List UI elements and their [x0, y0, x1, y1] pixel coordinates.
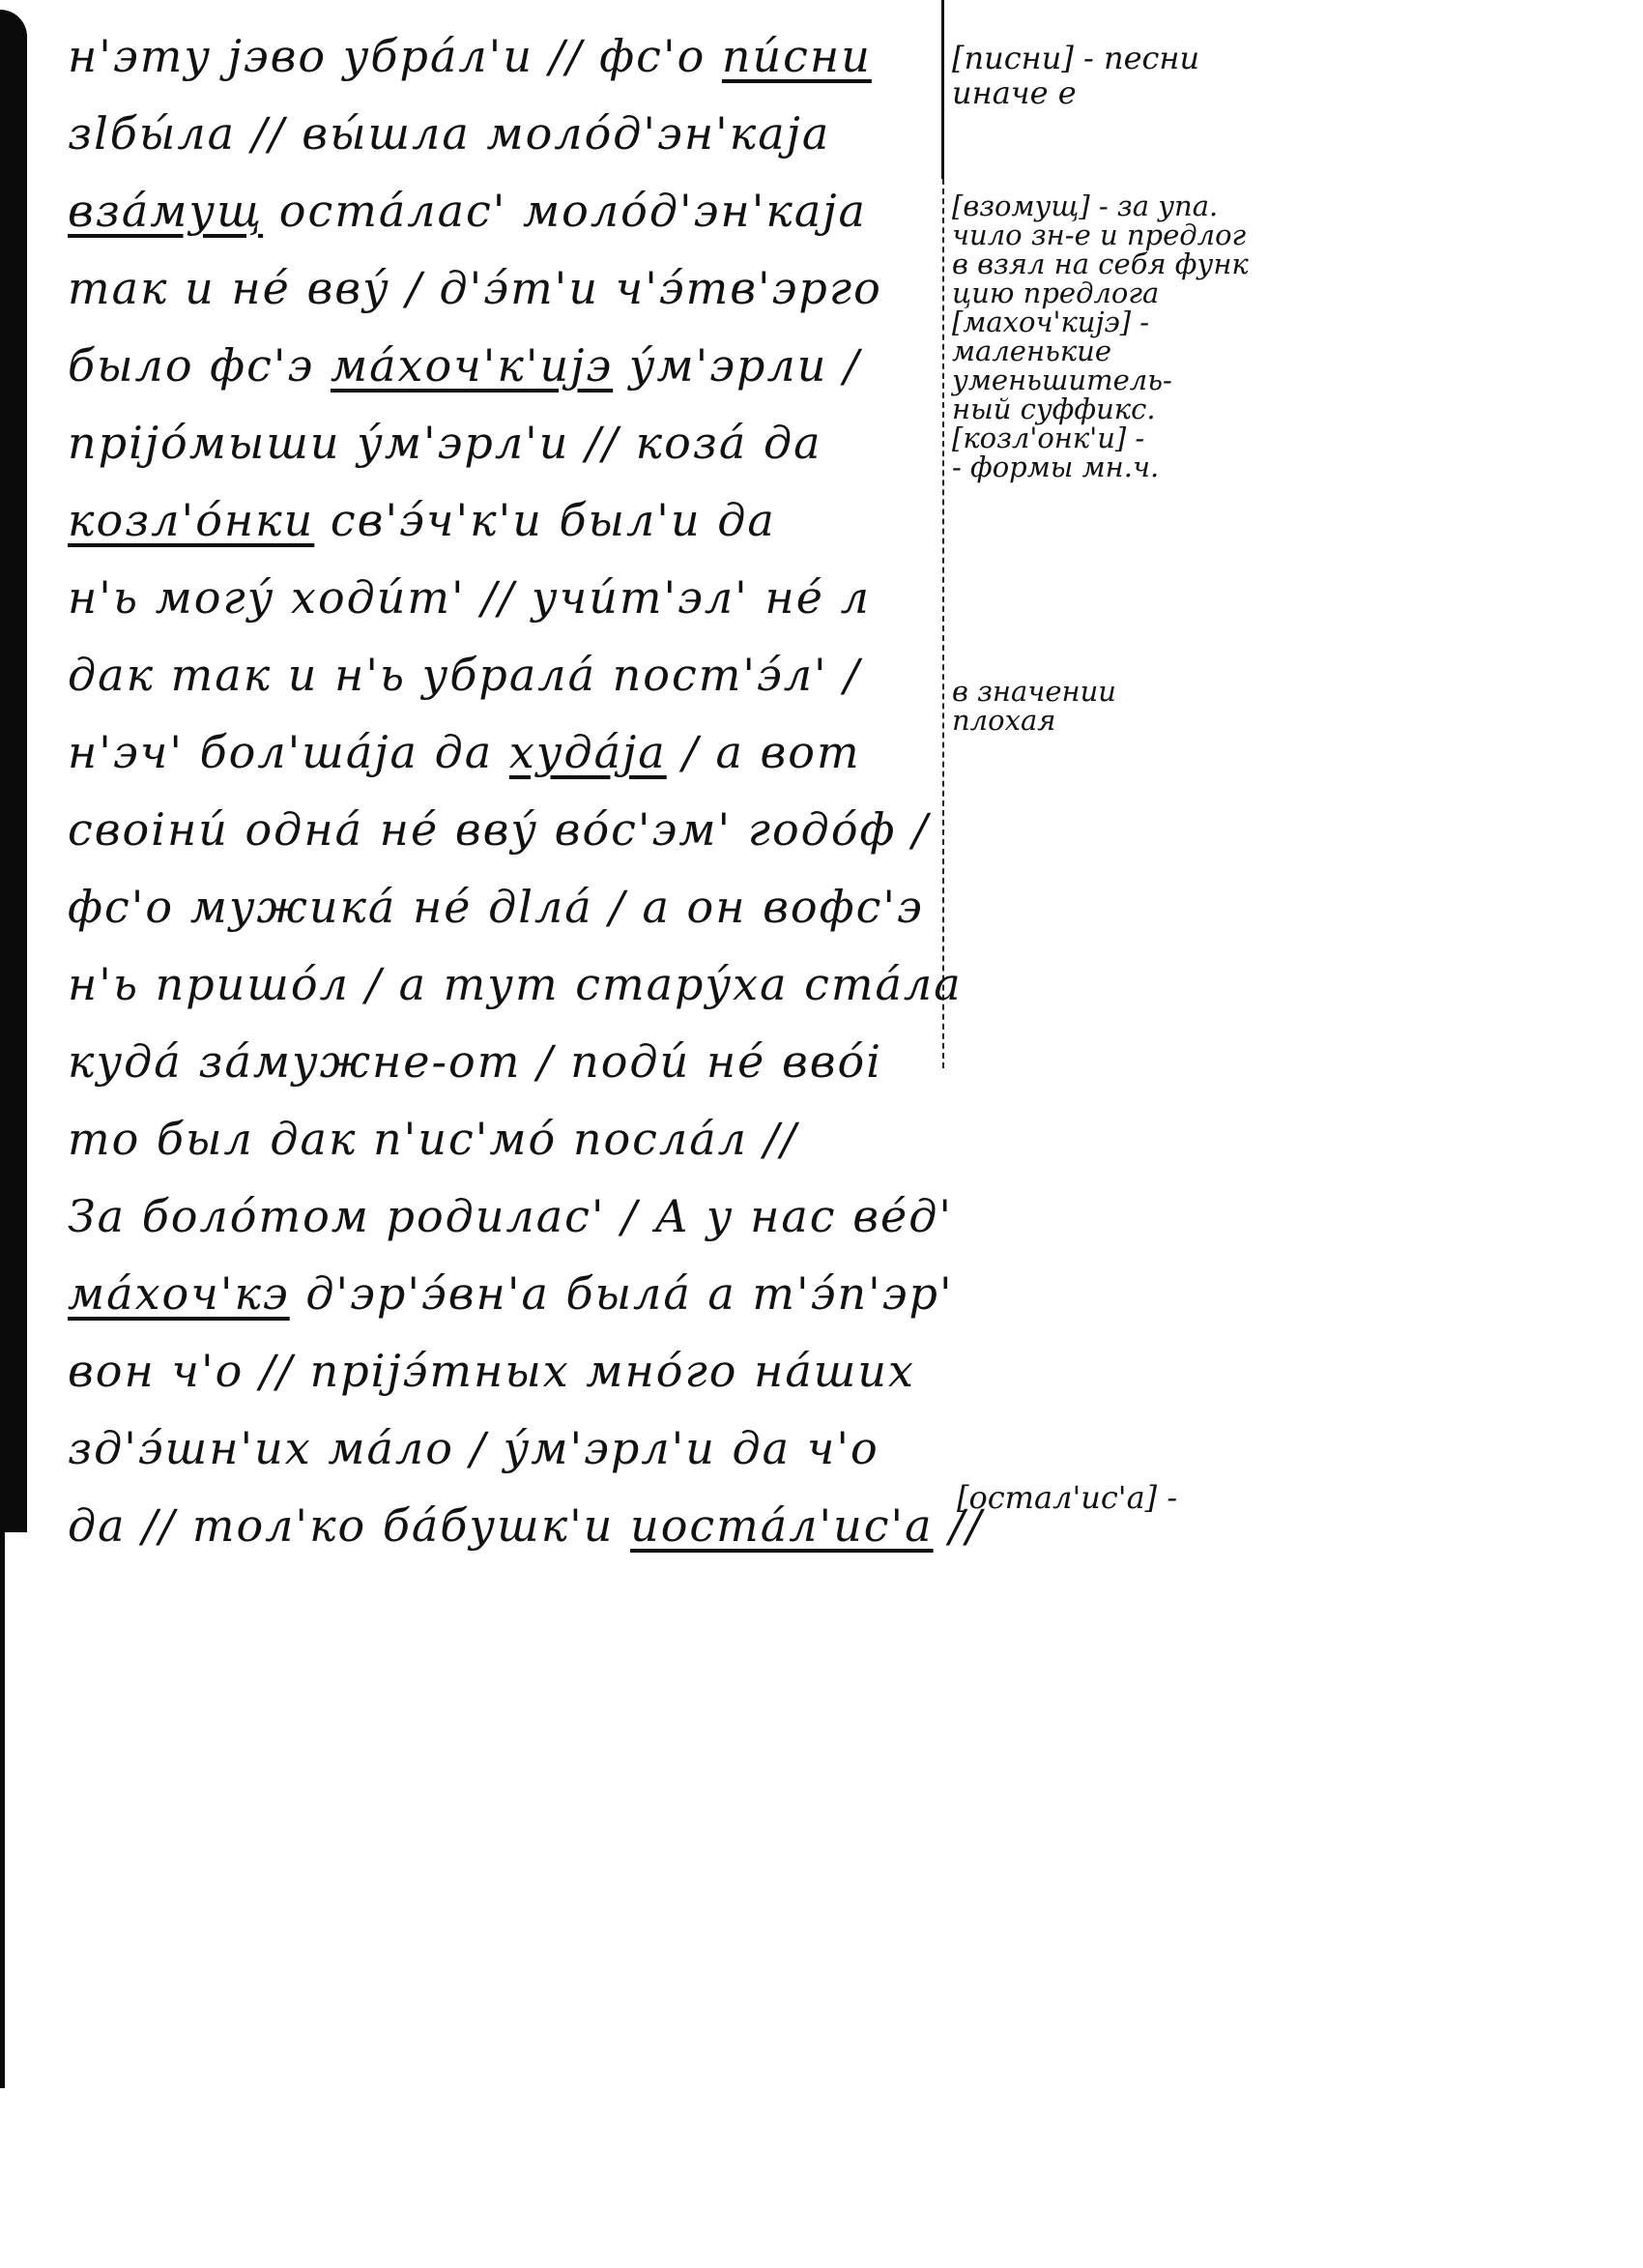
line-text: вон ч'о // прijэ́тных мно́го на́ших: [68, 1345, 915, 1397]
scan-edge-shadow: [0, 10, 27, 1532]
line-text: д'эр'э́вн'а была́ а т'э́п'эр': [290, 1267, 954, 1320]
text-line: н'эч' бол'ша́jа да худа́jа / а вот: [68, 713, 928, 791]
margin-divider-line: [941, 0, 944, 179]
note-line: - формы мн.ч.: [952, 452, 1249, 481]
line-text: то был дак п'ис'мо́ посла́л //: [68, 1113, 798, 1165]
underlined-word: ма́хоч'кэ: [68, 1267, 290, 1320]
text-line: н'ь пришо́л / а тут стару́ха ста́ла: [68, 945, 928, 1023]
line-text: так и не́ вву́ / д'э́т'и ч'э́тв'эрго: [68, 262, 882, 314]
text-line: было фс'э ма́хоч'к'иjэ у́м'эрли /: [68, 327, 928, 404]
underlined-word: ма́хоч'к'иjэ: [331, 339, 613, 392]
text-line: куда́ за́мужне-от / поди́ не́ вво́i: [68, 1023, 928, 1100]
note-line: в взял на себя функ: [952, 249, 1249, 278]
text-line: так и не́ вву́ / д'э́т'и ч'э́тв'эрго: [68, 249, 928, 327]
note-line: плохая: [952, 706, 1116, 735]
scan-edge-line: [0, 1532, 5, 2088]
text-line: н'эту jэво убра́л'и // фс'о пи́сни: [68, 17, 928, 95]
line-text: своiни́ одна́ не́ вву́ во́с'эм' годо́ф /: [68, 803, 930, 856]
line-text: зд'э́шн'их ма́ло / у́м'эрл'и да ч'о: [68, 1422, 879, 1474]
text-line: своiни́ одна́ не́ вву́ во́с'эм' годо́ф /: [68, 791, 928, 868]
margin-note-ostalisa: [остал'ис'а] -: [957, 1479, 1177, 1516]
line-text: куда́ за́мужне-от / поди́ не́ вво́i: [68, 1035, 882, 1088]
text-line: фс'о мужика́ не́ дlла́ / а он вофс'э: [68, 868, 928, 945]
line-text: н'ь могу́ ходи́т' // учи́т'эл' не́ л: [68, 571, 871, 624]
line-text: н'ь пришо́л / а тут стару́ха ста́ла: [68, 958, 963, 1010]
line-text: дак так и н'ь убрала́ пост'э́л' /: [68, 649, 861, 701]
margin-note-vzomushch: [взомущ] - за упа. чило зн-е и предлог в…: [952, 191, 1249, 481]
line-text: оста́лас' моло́д'эн'каjа: [263, 185, 867, 237]
text-line: то был дак п'ис'мо́ посла́л //: [68, 1100, 928, 1178]
line-text: н'эч' бол'ша́jа да: [68, 726, 509, 778]
note-line: маленькие: [952, 336, 1249, 365]
note-line: [взомущ] - за упа.: [952, 191, 1249, 220]
text-line: да // тол'ко ба́бушк'и иоста́л'ис'а //: [68, 1487, 928, 1564]
text-line: зlбы́ла // вы́шла моло́д'эн'каjа: [68, 95, 928, 172]
note-line: иначе е: [952, 75, 1199, 110]
text-line: вон ч'о // прijэ́тных мно́го на́ших: [68, 1332, 928, 1410]
note-line: в значении: [952, 677, 1116, 706]
line-text: / а вот: [667, 726, 861, 778]
note-line: [писни] - песни: [952, 41, 1199, 75]
line-text: За боло́том родилас' / А у нас ве́д': [68, 1190, 953, 1242]
text-line: За боло́том родилас' / А у нас ве́д': [68, 1178, 928, 1255]
note-line: цию предлога: [952, 278, 1249, 307]
text-line: зд'э́шн'их ма́ло / у́м'эрл'и да ч'о: [68, 1410, 928, 1487]
text-line: козл'о́нки св'э́ч'к'и был'и да: [68, 481, 928, 559]
note-line: ный суффикс.: [952, 394, 1249, 423]
line-text: да // тол'ко ба́бушк'и: [68, 1499, 630, 1552]
note-line: [махоч'кијэ] -: [952, 307, 1249, 336]
underlined-word: пи́сни: [722, 30, 872, 82]
note-line: [козл'онк'и] -: [952, 423, 1249, 452]
note-line: чило зн-е и предлог: [952, 220, 1249, 249]
line-text: было фс'э: [68, 339, 331, 392]
line-text: фс'о мужика́ не́ дlла́ / а он вофс'э: [68, 881, 924, 933]
underlined-word: козл'о́нки: [68, 494, 314, 546]
margin-divider-dashed: [942, 179, 944, 1068]
note-line: уменьшитель-: [952, 365, 1249, 394]
line-text: у́м'эрли /: [613, 339, 860, 392]
text-line: ма́хоч'кэ д'эр'э́вн'а была́ а т'э́п'эр': [68, 1255, 928, 1332]
text-line: прijо́мыши у́м'эрл'и // коза́ да: [68, 404, 928, 481]
margin-note-khudaja: в значении плохая: [952, 677, 1116, 735]
text-line: н'ь могу́ ходи́т' // учи́т'эл' не́ л: [68, 559, 928, 636]
scanned-page: н'эту jэво убра́л'и // фс'о пи́сни зlбы́…: [0, 0, 1643, 2268]
line-text: н'эту jэво убра́л'и // фс'о: [68, 30, 722, 82]
line-text: прijо́мыши у́м'эрл'и // коза́ да: [68, 417, 822, 469]
margin-note-pisni: [писни] - песни иначе е: [952, 41, 1199, 110]
line-text: зlбы́ла // вы́шла моло́д'эн'каjа: [68, 107, 830, 160]
underlined-word: иоста́л'ис'а: [630, 1499, 934, 1552]
line-text: св'э́ч'к'и был'и да: [314, 494, 776, 546]
transcription-text: н'эту jэво убра́л'и // фс'о пи́сни зlбы́…: [68, 17, 928, 1564]
text-line: дак так и н'ь убрала́ пост'э́л' /: [68, 636, 928, 713]
underlined-word: худа́jа: [509, 726, 667, 778]
text-line: вза́мущ оста́лас' моло́д'эн'каjа: [68, 172, 928, 249]
underlined-word: вза́мущ: [68, 185, 263, 237]
